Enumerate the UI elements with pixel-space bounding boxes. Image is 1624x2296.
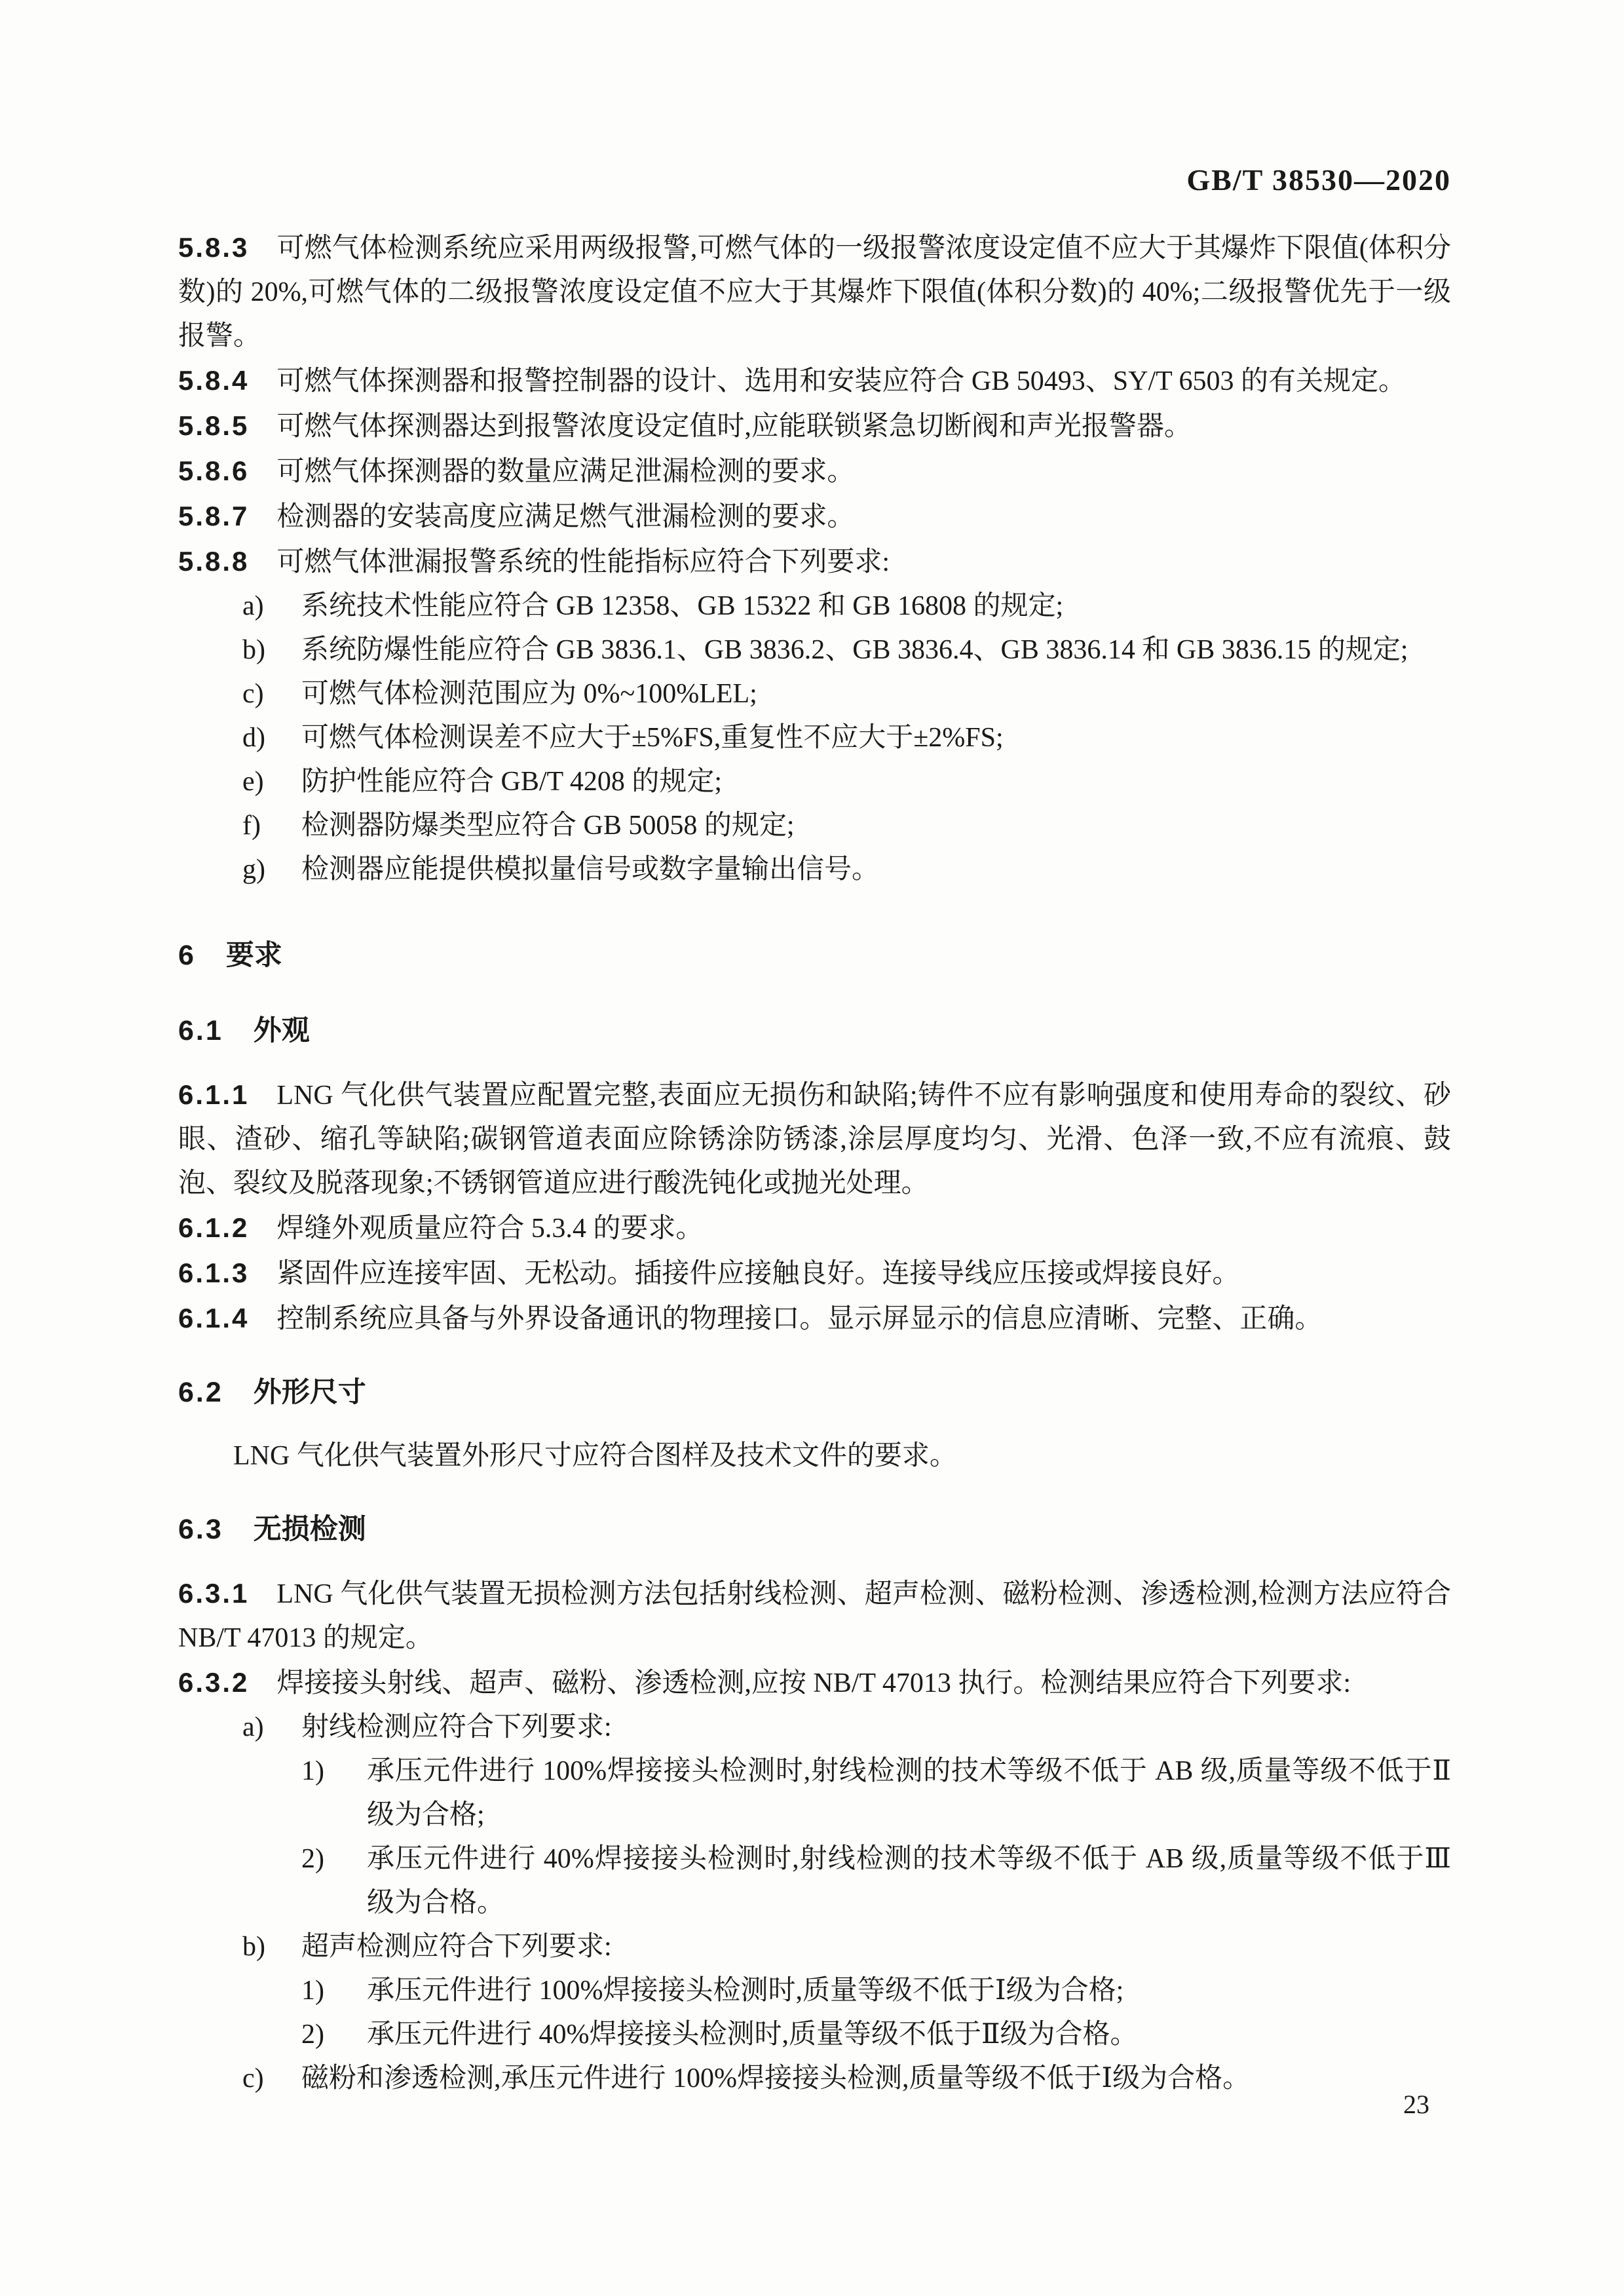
- clause-number: 6.1.4: [178, 1303, 249, 1333]
- list-marker: 1): [301, 1969, 367, 2013]
- list-text: 系统防爆性能应符合 GB 3836.1、GB 3836.2、GB 3836.4、…: [301, 628, 1451, 672]
- clause-text: 焊接接头射线、超声、磁粉、渗透检测,应按 NB/T 47013 执行。检测结果应…: [276, 1668, 1351, 1698]
- page-footer: 23: [178, 2089, 1429, 2120]
- clause-text: LNG 气化供气装置无损检测方法包括射线检测、超声检测、磁粉检测、渗透检测,检测…: [178, 1579, 1451, 1653]
- clause-number: 5.8.8: [178, 546, 249, 577]
- list-item-b-ultrasonic: b)超声检测应符合下列要求:: [178, 1925, 1451, 1969]
- heading-text: 要求: [226, 940, 282, 971]
- list-text: 超声检测应符合下列要求:: [301, 1925, 1451, 1969]
- list-marker: a): [242, 584, 301, 628]
- clause-6-3-1: 6.3.1LNG 气化供气装置无损检测方法包括射线检测、超声检测、磁粉检测、渗透…: [178, 1571, 1451, 1660]
- list-marker: 2): [301, 1837, 367, 1925]
- list-item-f: f)检测器防爆类型应符合 GB 50058 的规定;: [178, 804, 1451, 848]
- clause-number: 6.1.3: [178, 1257, 249, 1288]
- list-marker: f): [242, 804, 301, 848]
- list-text: 承压元件进行 100%焊接接头检测时,射线检测的技术等级不低于 AB 级,质量等…: [367, 1750, 1451, 1837]
- list-item-a-1: 1)承压元件进行 100%焊接接头检测时,射线检测的技术等级不低于 AB 级,质…: [178, 1750, 1451, 1837]
- chapter-heading-6: 6要求: [178, 934, 1451, 978]
- list-item-a: a)系统技术性能应符合 GB 12358、GB 15322 和 GB 16808…: [178, 584, 1451, 628]
- clause-6-1-3: 6.1.3紧固件应连接牢固、无松动。插接件应接触良好。连接导线应压接或焊接良好。: [178, 1251, 1451, 1296]
- clause-number: 6.3.2: [178, 1667, 249, 1698]
- page-header: GB/T 38530—2020: [178, 163, 1451, 197]
- sub-heading-6-2: 6.2外形尺寸: [178, 1371, 1451, 1415]
- clause-5-8-6: 5.8.6可燃气体探测器的数量应满足泄漏检测的要求。: [178, 449, 1451, 494]
- clause-6-1-4: 6.1.4控制系统应具备与外界设备通讯的物理接口。显示屏显示的信息应清晰、完整、…: [178, 1296, 1451, 1341]
- heading-number: 6.1: [178, 1015, 223, 1046]
- list-item-e: e)防护性能应符合 GB/T 4208 的规定;: [178, 760, 1451, 804]
- clause-number: 6.3.1: [178, 1578, 249, 1609]
- paragraph-6-2-body: LNG 气化供气装置外形尺寸应符合图样及技术文件的要求。: [178, 1434, 1451, 1478]
- list-item-b-2: 2)承压元件进行 40%焊接接头检测时,质量等级不低于Ⅱ级为合格。: [178, 2013, 1451, 2057]
- list-text: 检测器防爆类型应符合 GB 50058 的规定;: [301, 804, 1451, 848]
- list-marker: 2): [301, 2013, 367, 2057]
- standard-code: GB/T 38530—2020: [1186, 163, 1451, 197]
- list-item-a-radiographic: a)射线检测应符合下列要求:: [178, 1706, 1451, 1750]
- list-text: 射线检测应符合下列要求:: [301, 1706, 1451, 1750]
- list-item-b-1: 1)承压元件进行 100%焊接接头检测时,质量等级不低于Ⅰ级为合格;: [178, 1969, 1451, 2013]
- list-marker: b): [242, 628, 301, 672]
- list-marker: e): [242, 760, 301, 804]
- list-text: 承压元件进行 40%焊接接头检测时,射线检测的技术等级不低于 AB 级,质量等级…: [367, 1837, 1451, 1925]
- heading-number: 6.2: [178, 1377, 223, 1408]
- clause-text: 可燃气体探测器的数量应满足泄漏检测的要求。: [276, 457, 854, 487]
- heading-number: 6.3: [178, 1514, 223, 1545]
- clause-number: 6.1.2: [178, 1212, 249, 1243]
- sub-heading-6-3: 6.3无损检测: [178, 1508, 1451, 1552]
- document-page: GB/T 38530—2020 5.8.3可燃气体检测系统应采用两级报警,可燃气…: [0, 0, 1624, 2296]
- clause-number: 5.8.7: [178, 501, 249, 531]
- heading-text: 无损检测: [254, 1514, 366, 1545]
- list-marker: a): [242, 1706, 301, 1750]
- clause-text: 可燃气体探测器达到报警浓度设定值时,应能联锁紧急切断阀和声光报警器。: [276, 411, 1192, 442]
- list-marker: d): [242, 716, 301, 760]
- clause-5-8-4: 5.8.4可燃气体探测器和报警控制器的设计、选用和安装应符合 GB 50493、…: [178, 358, 1451, 404]
- list-item-a-2: 2)承压元件进行 40%焊接接头检测时,射线检测的技术等级不低于 AB 级,质量…: [178, 1837, 1451, 1925]
- heading-text: 外形尺寸: [254, 1377, 366, 1408]
- list-text: 承压元件进行 100%焊接接头检测时,质量等级不低于Ⅰ级为合格;: [367, 1969, 1451, 2013]
- list-marker: 1): [301, 1750, 367, 1837]
- list-item-b: b)系统防爆性能应符合 GB 3836.1、GB 3836.2、GB 3836.…: [178, 628, 1451, 672]
- list-text: 可燃气体检测范围应为 0%~100%LEL;: [301, 672, 1451, 716]
- list-text: 系统技术性能应符合 GB 12358、GB 15322 和 GB 16808 的…: [301, 584, 1451, 628]
- list-marker: g): [242, 848, 301, 892]
- list-text: 防护性能应符合 GB/T 4208 的规定;: [301, 760, 1451, 804]
- clause-5-8-7: 5.8.7检测器的安装高度应满足燃气泄漏检测的要求。: [178, 494, 1451, 539]
- clause-6-1-1: 6.1.1LNG 气化供气装置应配置完整,表面应无损伤和缺陷;铸件不应有影响强度…: [178, 1073, 1451, 1206]
- list-text: 检测器应能提供模拟量信号或数字量输出信号。: [301, 848, 1451, 892]
- clause-text: 焊缝外观质量应符合 5.3.4 的要求。: [276, 1214, 703, 1244]
- clause-number: 5.8.6: [178, 455, 249, 486]
- clause-text: 可燃气体泄漏报警系统的性能指标应符合下列要求:: [276, 547, 890, 577]
- page-content: 5.8.3可燃气体检测系统应采用两级报警,可燃气体的一级报警浓度设定值不应大于其…: [178, 225, 1451, 2101]
- list-text: 可燃气体检测误差不应大于±5%FS,重复性不应大于±2%FS;: [301, 716, 1451, 760]
- list-marker: c): [242, 672, 301, 716]
- clause-text: 控制系统应具备与外界设备通讯的物理接口。显示屏显示的信息应清晰、完整、正确。: [276, 1304, 1322, 1334]
- clause-text: 紧固件应连接牢固、无松动。插接件应接触良好。连接导线应压接或焊接良好。: [276, 1259, 1239, 1289]
- clause-6-3-2: 6.3.2焊接接头射线、超声、磁粉、渗透检测,应按 NB/T 47013 执行。…: [178, 1660, 1451, 1706]
- page-number: 23: [1403, 2090, 1429, 2119]
- clause-number: 5.8.3: [178, 232, 249, 263]
- clause-5-8-8: 5.8.8可燃气体泄漏报警系统的性能指标应符合下列要求:: [178, 539, 1451, 584]
- heading-number: 6: [178, 940, 196, 971]
- clause-5-8-3: 5.8.3可燃气体检测系统应采用两级报警,可燃气体的一级报警浓度设定值不应大于其…: [178, 225, 1451, 358]
- clause-text: 可燃气体检测系统应采用两级报警,可燃气体的一级报警浓度设定值不应大于其爆炸下限值…: [178, 233, 1451, 351]
- clause-number: 5.8.5: [178, 410, 249, 441]
- clause-number: 6.1.1: [178, 1079, 249, 1110]
- list-marker: b): [242, 1925, 301, 1969]
- clause-5-8-5: 5.8.5可燃气体探测器达到报警浓度设定值时,应能联锁紧急切断阀和声光报警器。: [178, 404, 1451, 449]
- clause-text: LNG 气化供气装置应配置完整,表面应无损伤和缺陷;铸件不应有影响强度和使用寿命…: [178, 1081, 1451, 1198]
- sub-heading-6-1: 6.1外观: [178, 1009, 1451, 1053]
- heading-text: 外观: [254, 1015, 310, 1046]
- clause-6-1-2: 6.1.2焊缝外观质量应符合 5.3.4 的要求。: [178, 1206, 1451, 1251]
- clause-number: 5.8.4: [178, 365, 249, 396]
- clause-text: 可燃气体探测器和报警控制器的设计、选用和安装应符合 GB 50493、SY/T …: [276, 366, 1406, 396]
- list-text: 承压元件进行 40%焊接接头检测时,质量等级不低于Ⅱ级为合格。: [367, 2013, 1451, 2057]
- clause-text: 检测器的安装高度应满足燃气泄漏检测的要求。: [276, 502, 854, 532]
- list-item-d: d)可燃气体检测误差不应大于±5%FS,重复性不应大于±2%FS;: [178, 716, 1451, 760]
- list-item-g: g)检测器应能提供模拟量信号或数字量输出信号。: [178, 848, 1451, 892]
- list-item-c: c)可燃气体检测范围应为 0%~100%LEL;: [178, 672, 1451, 716]
